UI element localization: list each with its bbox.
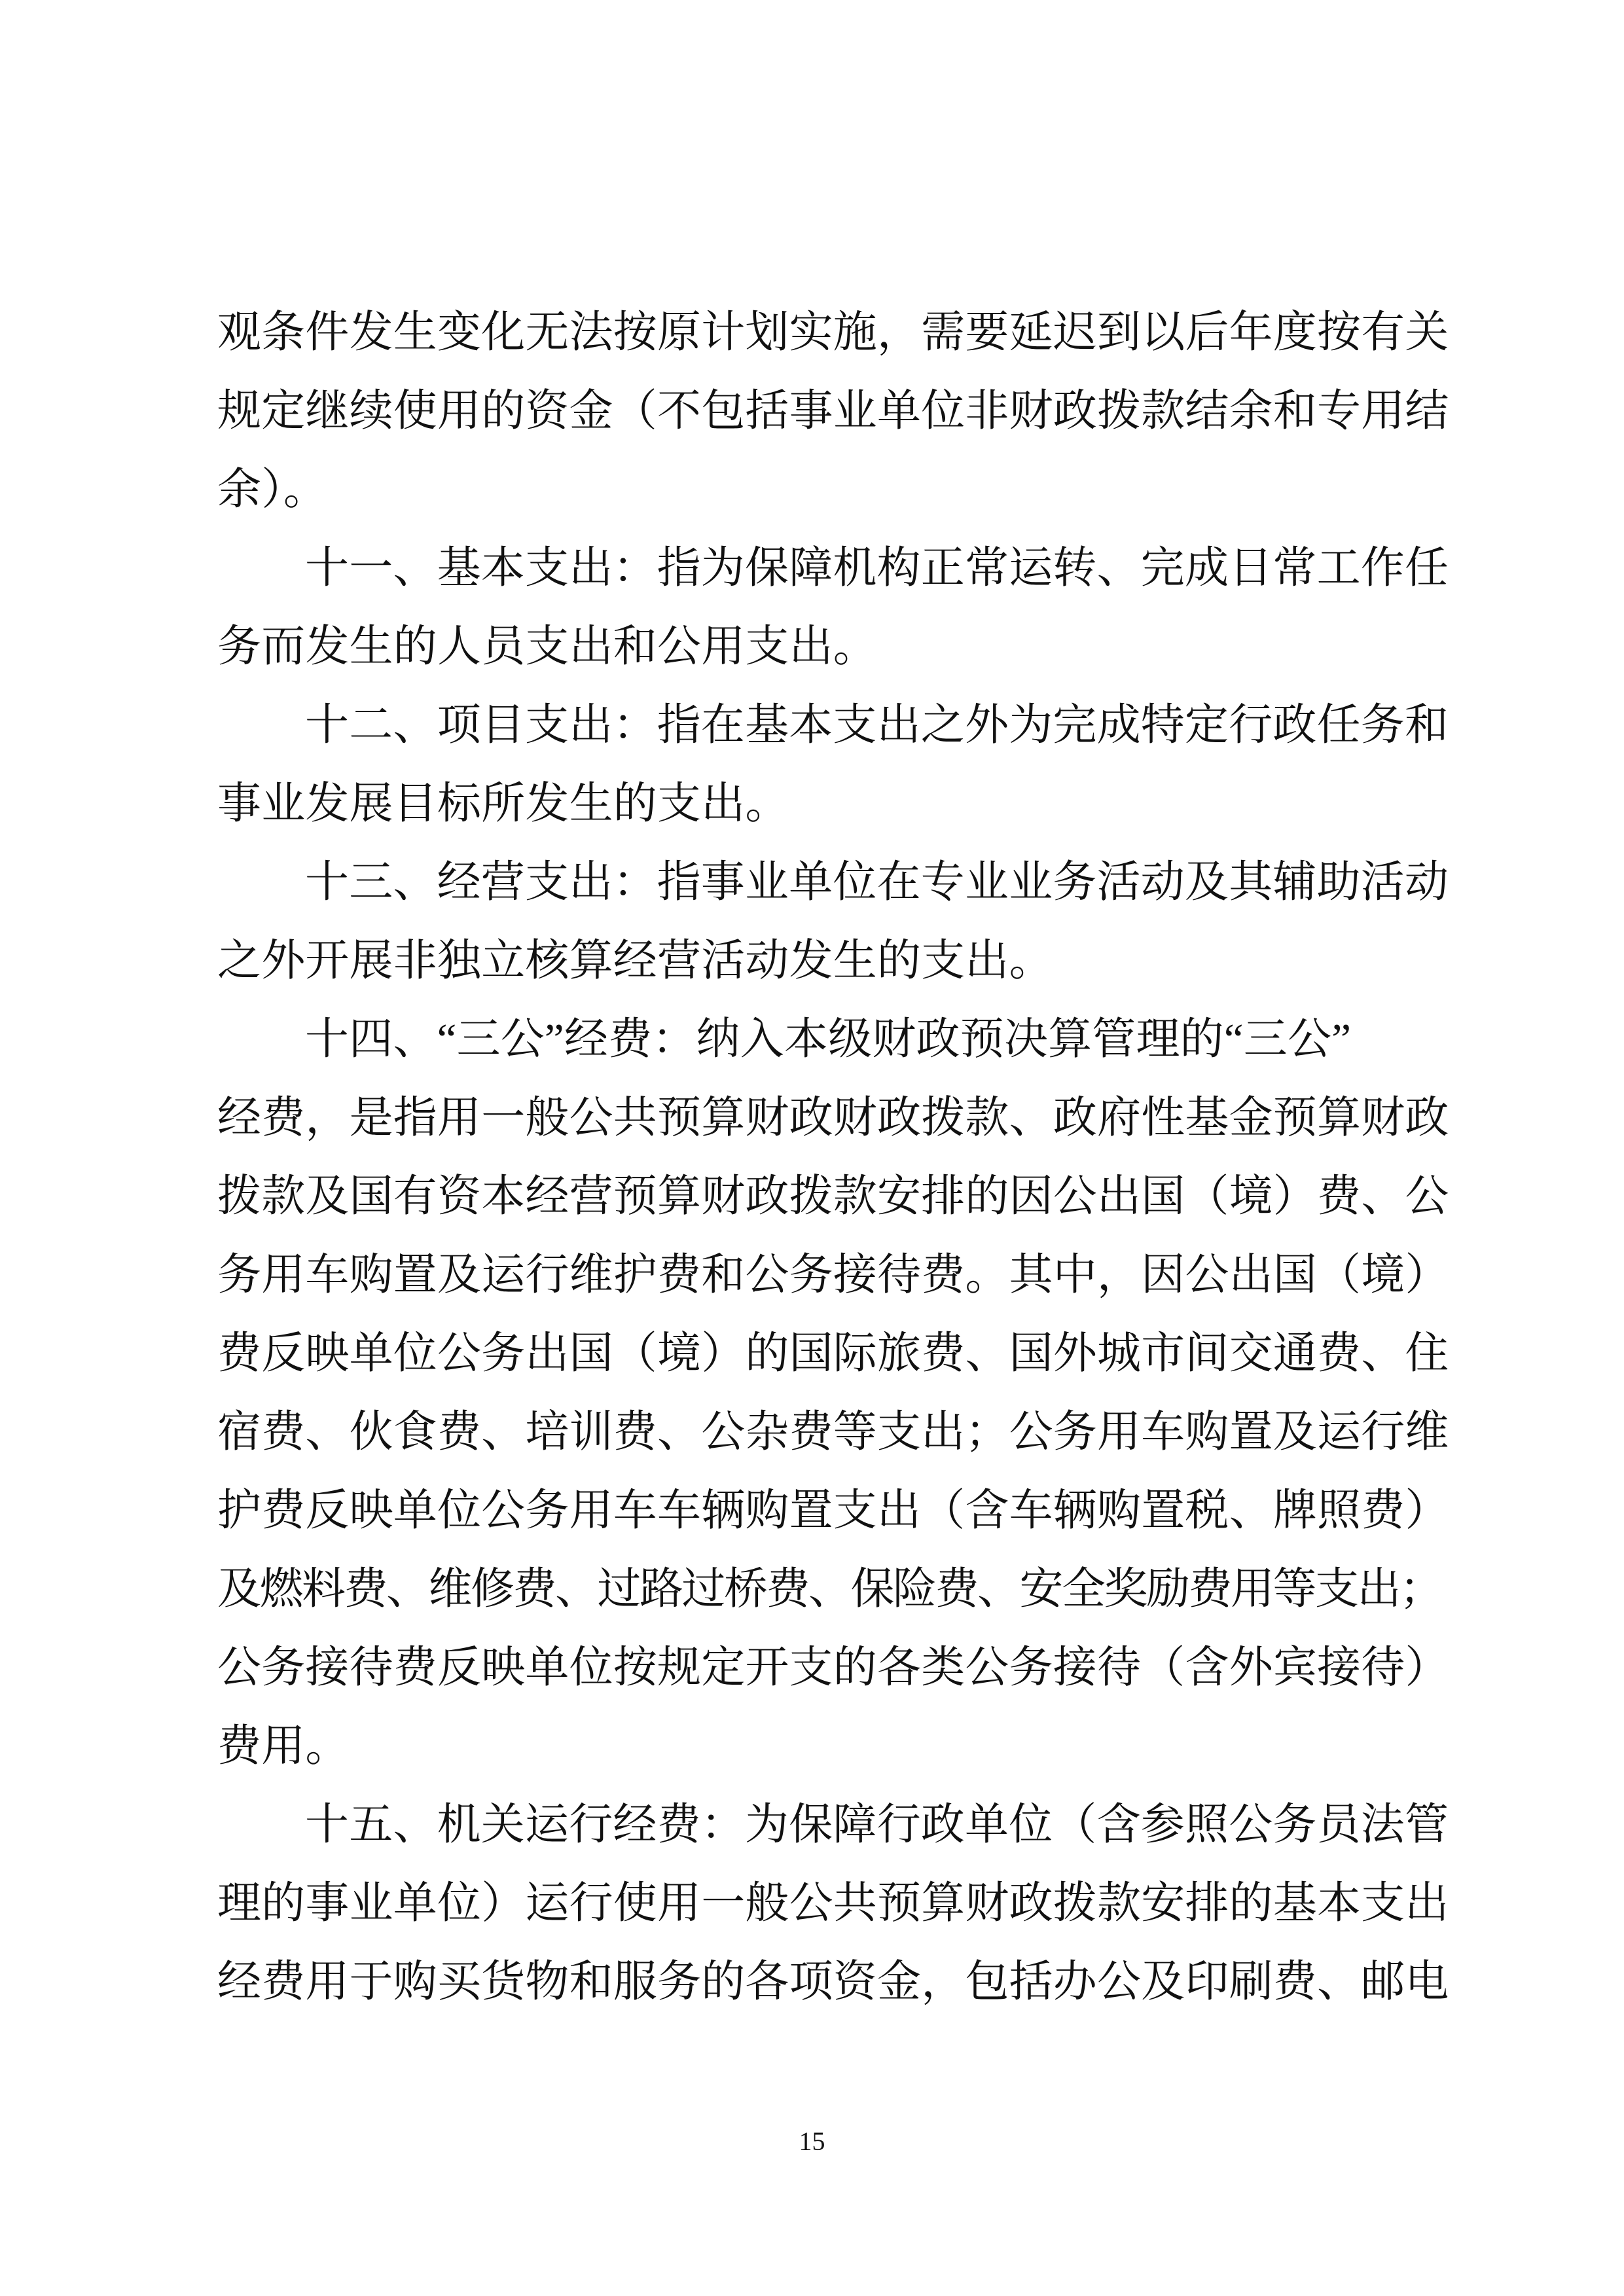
text-line: 务用车购置及运行维护费和公务接待费。其中，因公出国（境） [217,1236,1454,1314]
text-line: 余）。 [217,450,1454,529]
text-line: 务而发生的人员支出和公用支出。 [217,607,1454,686]
text-line-paragraph-start: 十一、基本支出：指为保障机构正常运转、完成日常工作任 [217,529,1454,607]
text-line: 事业发展目标所发生的支出。 [217,764,1454,843]
text-line-paragraph-start: 十四、“三公”经费：纳入本级财政预决算管理的“三公” [217,1000,1454,1079]
text-line: 之外开展非独立核算经营活动发生的支出。 [217,922,1454,1000]
text-line-paragraph-start: 十二、项目支出：指在基本支出之外为完成特定行政任务和 [217,686,1454,764]
text-line: 观条件发生变化无法按原计划实施，需要延迟到以后年度按有关 [217,293,1454,372]
page-number: 15 [0,2126,1624,2157]
text-line-paragraph-start: 十五、机关运行经费：为保障行政单位（含参照公务员法管 [217,1785,1454,1864]
text-line: 规定继续使用的资金（不包括事业单位非财政拨款结余和专用结 [217,372,1454,450]
text-line: 经费用于购买货物和服务的各项资金，包括办公及印刷费、邮电 [217,1943,1454,2021]
text-line: 费反映单位公务出国（境）的国际旅费、国外城市间交通费、住 [217,1314,1454,1393]
text-line: 拨款及国有资本经营预算财政拨款安排的因公出国（境）费、公 [217,1157,1454,1236]
text-line: 经费，是指用一般公共预算财政财政拨款、政府性基金预算财政 [217,1079,1454,1157]
text-line-paragraph-start: 十三、经营支出：指事业单位在专业业务活动及其辅助活动 [217,843,1454,922]
text-line: 公务接待费反映单位按规定开支的各类公务接待（含外宾接待） [217,1628,1454,1707]
text-line: 及燃料费、维修费、过路过桥费、保险费、安全奖励费用等支出； [217,1550,1454,1628]
text-line: 护费反映单位公务用车车辆购置支出（含车辆购置税、牌照费） [217,1471,1454,1550]
document-page: 观条件发生变化无法按原计划实施，需要延迟到以后年度按有关 规定继续使用的资金（不… [0,0,1624,2296]
document-body: 观条件发生变化无法按原计划实施，需要延迟到以后年度按有关 规定继续使用的资金（不… [217,293,1454,2021]
text-line: 费用。 [217,1707,1454,1785]
text-line: 理的事业单位）运行使用一般公共预算财政拨款安排的基本支出 [217,1864,1454,1943]
text-line: 宿费、伙食费、培训费、公杂费等支出；公务用车购置及运行维 [217,1393,1454,1471]
